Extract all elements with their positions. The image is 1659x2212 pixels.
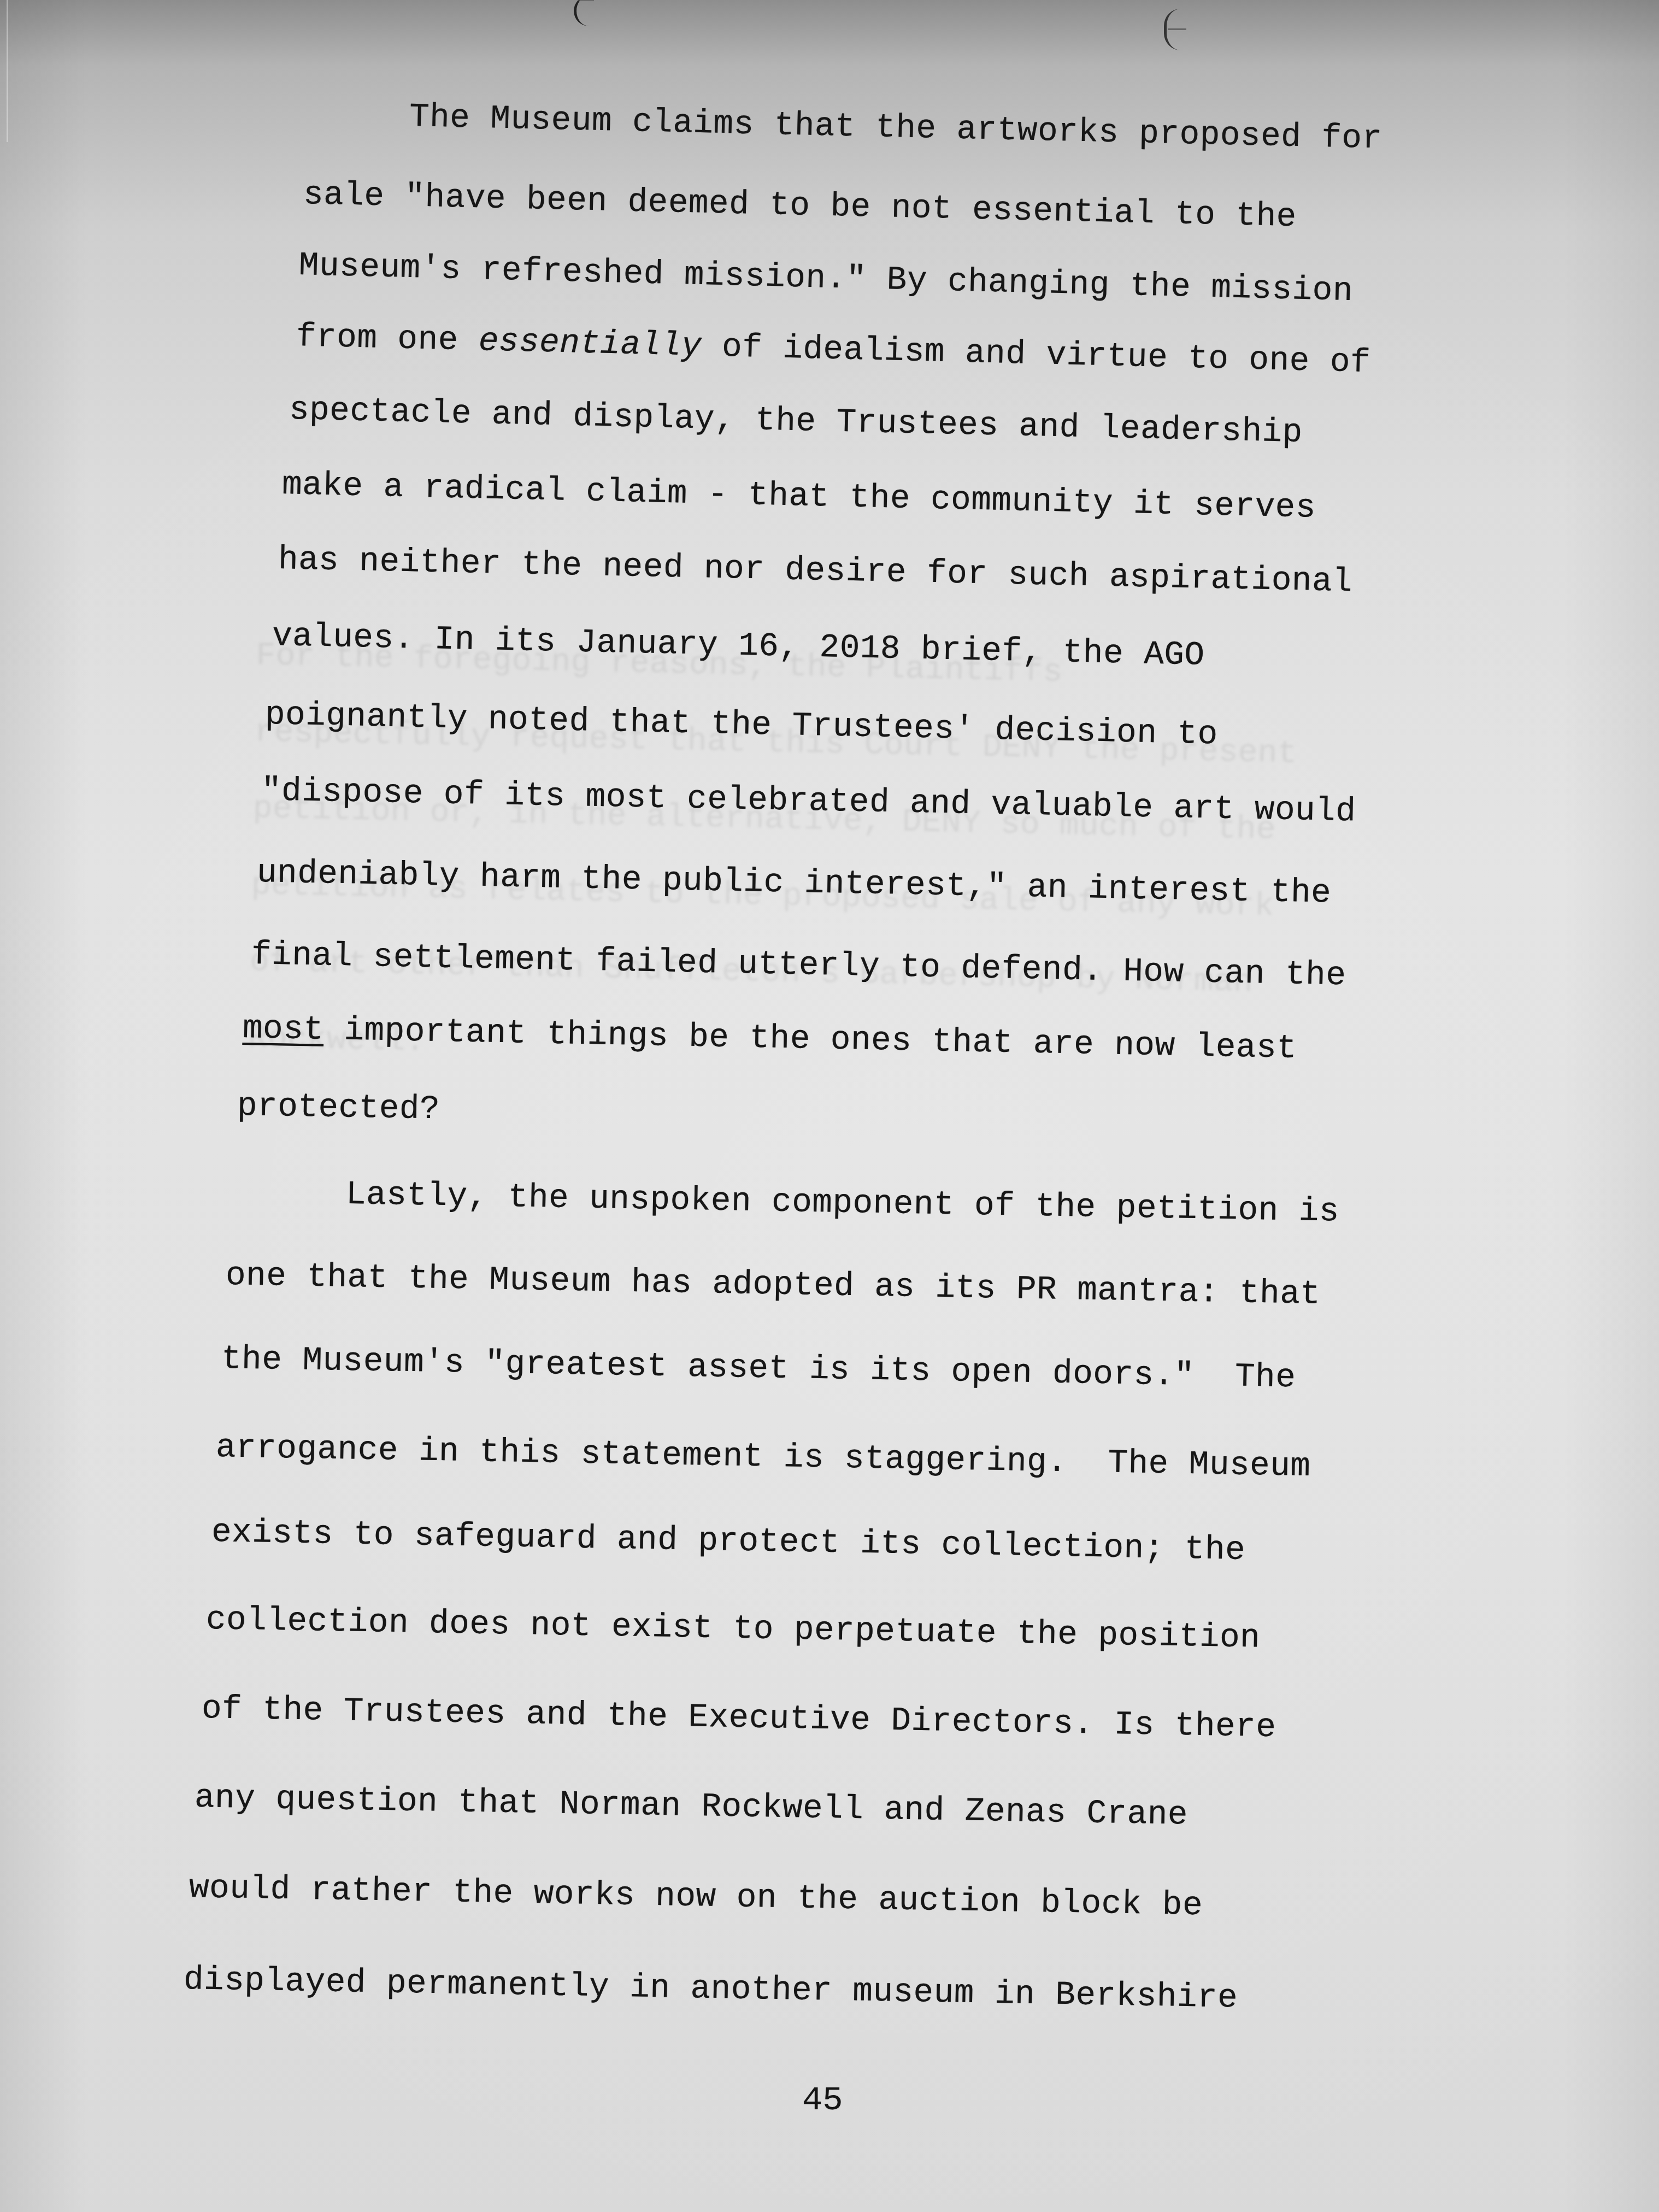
text-line: one that the Museum has adopted as its P… [225,1257,1321,1314]
text-line: of the Trustees and the Executive Direct… [201,1690,1276,1746]
text-line: from one essentially of idealism and vir… [296,318,1371,382]
text-line: final settlement failed utterly to defen… [251,936,1346,995]
text-line: protected? [237,1087,440,1128]
text-line: arrogance in this statement is staggerin… [215,1429,1311,1486]
text-line: collection does not exist to perpetuate … [205,1601,1260,1657]
text-line: values. In its January 16, 2018 brief, t… [272,617,1205,675]
text-line: would rather the works now on the auctio… [189,1869,1203,1925]
text-line: the Museum's "greatest asset is its open… [221,1340,1296,1397]
text-line: most important things be the ones that a… [242,1010,1297,1068]
text-line: The Museum claims that the artworks prop… [409,98,1382,158]
text-line: spectacle and display, the Trustees and … [289,391,1303,452]
text-line: poignantly noted that the Trustees' deci… [264,696,1218,754]
text-line: make a radical claim - that the communit… [281,466,1316,527]
text-line: any question that Norman Rockwell and Ze… [194,1779,1188,1834]
text-line: "dispose of its most celebrated and valu… [261,772,1356,831]
underlined-emphasis: most [242,1010,324,1049]
text-line: Museum's refreshed mission." By changing… [298,247,1354,310]
text-line: displayed permanently in another museum … [183,1961,1238,2017]
page-number: 45 [802,2081,843,2120]
text-line: undeniably harm the public interest," an… [256,854,1332,913]
text-line: sale "have been deemed to be not essenti… [303,176,1297,236]
italic-emphasis: essentially [478,322,702,366]
document-page: The Museum claims that the artworks prop… [0,0,1659,2212]
text-line: has neither the need nor desire for such… [278,541,1353,601]
text-line: exists to safeguard and protect its coll… [211,1514,1245,1569]
text-line: Lastly, the unspoken component of the pe… [345,1176,1339,1231]
